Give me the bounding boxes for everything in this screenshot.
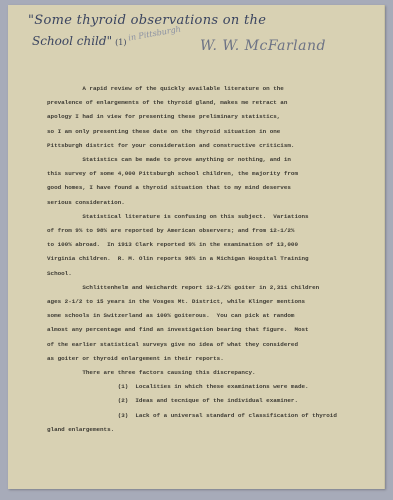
text-line: Virginia children. R. M. Olin reports 98… [47,252,365,266]
text-line: to 100% abroad. In 1913 Clark reported 9… [47,238,365,252]
text-line: of from 9% to 98% are reported by Americ… [47,224,365,238]
text-line: gland enlargements. [47,423,365,437]
handwritten-author: W. W. McFarland [200,38,326,54]
handwritten-title-line2: School child"(1) [32,34,126,48]
text-line: Schlittenhelm and Weichardt report 12-1/… [47,281,365,295]
text-line: (1) Localities in which these examinatio… [47,380,365,394]
text-line: apology I had in view for presenting the… [47,110,365,124]
document-page: "Some thyroid observations on the School… [8,5,385,489]
text-line: prevalence of enlargements of the thyroi… [47,96,365,110]
text-line: School. [47,267,365,281]
text-line: There are three factors causing this dis… [47,366,365,380]
text-line: of the earlier statistical surveys give … [47,338,365,352]
handwritten-title-line1: "Some thyroid observations on the [28,13,266,28]
text-line: Pittsburgh district for your considerati… [47,139,365,153]
handwritten-title-line2-text: School child" [32,34,112,48]
text-line: this survey of some 4,000 Pittsburgh sch… [47,167,365,181]
text-line: A rapid review of the quickly available … [47,82,365,96]
text-line: Statistical literature is confusing on t… [47,210,365,224]
text-line: (2) Ideas and tecnique of the individual… [47,394,365,408]
text-line: ages 2-1/2 to 15 years in the Vosges Mt.… [47,295,365,309]
text-line: good homes, I have found a thyroid situa… [47,181,365,195]
text-line: so I am only presenting these date on th… [47,125,365,139]
text-line: as goiter or thyroid enlargement in thei… [47,352,365,366]
text-line: almost any percentage and find an invest… [47,323,365,337]
text-line: serious consideration. [47,196,365,210]
text-line: some schools in Switzerland as 100% goit… [47,309,365,323]
text-line: (3) Lack of a universal standard of clas… [47,409,365,423]
footnote-number: (1) [115,38,126,47]
text-line: Statistics can be made to prove anything… [47,153,365,167]
typed-body-text: A rapid review of the quickly available … [47,82,365,437]
